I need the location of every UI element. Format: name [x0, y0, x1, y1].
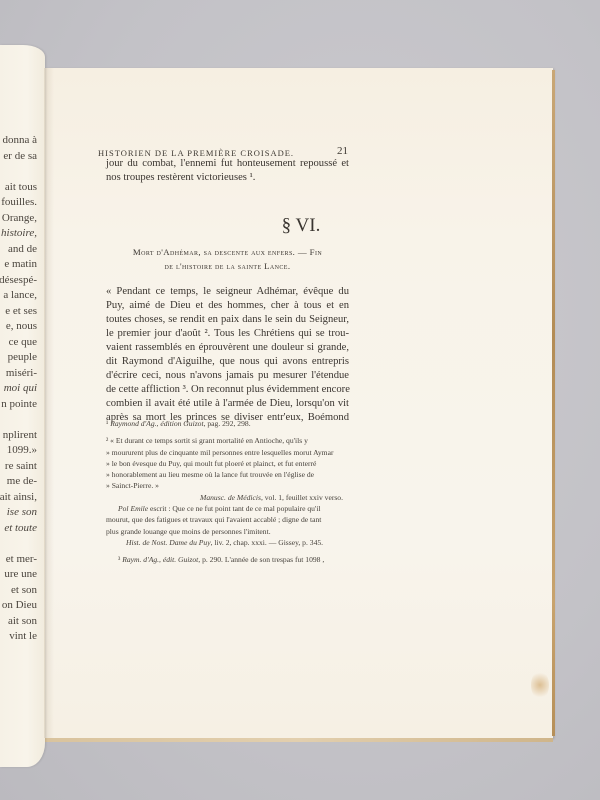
- page-number: 21: [337, 145, 348, 157]
- left-page-line: e, nous: [0, 319, 37, 335]
- body-paragraph: « Pendant ce temps, le seigneur Adhémar,…: [106, 285, 349, 425]
- citation-title: Raym. d'Ag., édit. Guizot: [122, 555, 198, 564]
- text-line: combien il avait été utile à l'armée de …: [106, 397, 349, 411]
- text-line: d'écrire ceci, nous n'avons jamais pu me…: [106, 369, 349, 383]
- footnote-2-line: » Sainct-Pierre. »: [106, 480, 349, 491]
- footnote-2-line: ² « Et durant ce temps sortit si grant m…: [106, 435, 349, 446]
- left-page-line: [0, 536, 37, 552]
- text-line: Puy, aimé de Dieu et des hommes, cher à …: [106, 299, 349, 313]
- left-page-line: e matin: [0, 257, 37, 273]
- text-line: « Pendant ce temps, le seigneur Adhémar,…: [106, 285, 349, 299]
- left-page: donna àer de saait tousfouilles.Orange,h…: [0, 45, 45, 767]
- footnote-marker: ¹: [106, 419, 108, 428]
- left-page-text: donna àer de saait tousfouilles.Orange,h…: [0, 133, 37, 645]
- left-page-line: miséri-: [0, 366, 37, 382]
- citation-pages: , pag. 292, 298.: [204, 419, 251, 428]
- left-page-line: désespé-: [0, 273, 37, 289]
- footnote-2-source: Manusc. de Médicis, vol. 1, feuillet xxi…: [106, 492, 349, 503]
- left-page-line: er de sa: [0, 149, 37, 165]
- left-page-line: ait son: [0, 614, 37, 630]
- source-title: Hist. de Nost. Dame du Puy: [126, 538, 211, 547]
- footnote-marker: ³: [118, 555, 120, 564]
- footnote-2-pol: Pol Emile escrit : Que ce ne fut point t…: [106, 503, 349, 514]
- footnote-2-pol-line: mourut, que des fatigues et travaux qui …: [106, 514, 349, 525]
- left-page-line: 1099.»: [0, 443, 37, 459]
- footnote-1: ¹ Raymond d'Ag., édition Guizot, pag. 29…: [106, 418, 349, 429]
- footnote-2-line: » le bon évesque du Puy, qui moult fut p…: [106, 458, 349, 469]
- left-page-line: et son: [0, 583, 37, 599]
- left-page-line: et toute: [0, 521, 37, 537]
- text-line: toutes choses, se rendit en paix dans le…: [106, 313, 349, 327]
- footnote-2-line: » honorablement au lieu mesme où la lanc…: [106, 469, 349, 480]
- left-page-line: peuple: [0, 350, 37, 366]
- text-line: vaient rassemblés en éprouvèrent une dou…: [106, 341, 349, 355]
- left-page-line: fouilles.: [0, 195, 37, 211]
- gutter-shadow: [44, 68, 54, 738]
- footnote-2-hist: Hist. de Nost. Dame du Puy, liv. 2, chap…: [106, 537, 349, 548]
- footnote-2-pol-line: plus grande louange que moins de personn…: [106, 526, 349, 537]
- section-number: § VI.: [282, 215, 321, 237]
- author-name: Pol Emile: [118, 504, 148, 513]
- left-page-line: et mer-: [0, 552, 37, 568]
- intro-paragraph: jour du combat, l'ennemi fut honteusemen…: [106, 157, 349, 185]
- left-page-line: [0, 164, 37, 180]
- left-page-line: donna à: [0, 133, 37, 149]
- left-page-line: a lance,: [0, 288, 37, 304]
- footnote-3: ³ Raym. d'Ag., édit. Guizot, p. 290. L'a…: [106, 554, 349, 565]
- left-page-line: vint le: [0, 629, 37, 645]
- left-page-line: n pointe: [0, 397, 37, 413]
- foxing-stain: [531, 670, 549, 700]
- left-page-line: re saint: [0, 459, 37, 475]
- text-line: dit Raymond d'Aiguilhe, que nous qui avo…: [106, 355, 349, 369]
- text-line: jour du combat, l'ennemi fut honteusemen…: [106, 157, 349, 171]
- text-line: de cette affliction ³. On reconnut plus …: [106, 383, 349, 397]
- left-page-line: on Dieu: [0, 598, 37, 614]
- citation-title: Raymond d'Ag., édition Guizot: [110, 419, 203, 428]
- text-line: nos troupes restèrent victorieuses ¹.: [106, 171, 349, 185]
- footnote-2-line: » moururent plus de cinquante mil person…: [106, 447, 349, 458]
- left-page-line: moi qui: [0, 381, 37, 397]
- left-page-line: ise son: [0, 505, 37, 521]
- source-ref: , vol. 1, feuillet xxiv verso.: [261, 493, 343, 502]
- citation-text: , p. 290. L'année de son trespas fut 109…: [198, 555, 324, 564]
- left-page-line: [0, 412, 37, 428]
- text-line: le premier jour d'août ². Tous les Chrét…: [106, 327, 349, 341]
- source-title: Manusc. de Médicis: [200, 493, 261, 502]
- section-title: Mort d'Adhémar, sa descente aux enfers. …: [106, 245, 349, 273]
- left-page-line: ait tous: [0, 180, 37, 196]
- source-ref: , liv. 2, chap. xxxi. — Gissey, p. 345.: [211, 538, 324, 547]
- left-page-line: ait ainsi,: [0, 490, 37, 506]
- section-title-line: Mort d'Adhémar, sa descente aux enfers. …: [106, 245, 349, 259]
- section-heading: § VI.: [0, 215, 600, 237]
- left-page-line: ce que: [0, 335, 37, 351]
- left-page-line: nplirent: [0, 428, 37, 444]
- section-title-line: de l'histoire de la sainte Lance.: [106, 259, 349, 273]
- footnotes: ¹ Raymond d'Ag., édition Guizot, pag. 29…: [106, 418, 349, 566]
- quote-text: escrit : Que ce ne fut point tant de ce …: [148, 504, 320, 513]
- left-page-line: me de-: [0, 474, 37, 490]
- left-page-line: and de: [0, 242, 37, 258]
- left-page-line: ure une: [0, 567, 37, 583]
- left-page-line: e et ses: [0, 304, 37, 320]
